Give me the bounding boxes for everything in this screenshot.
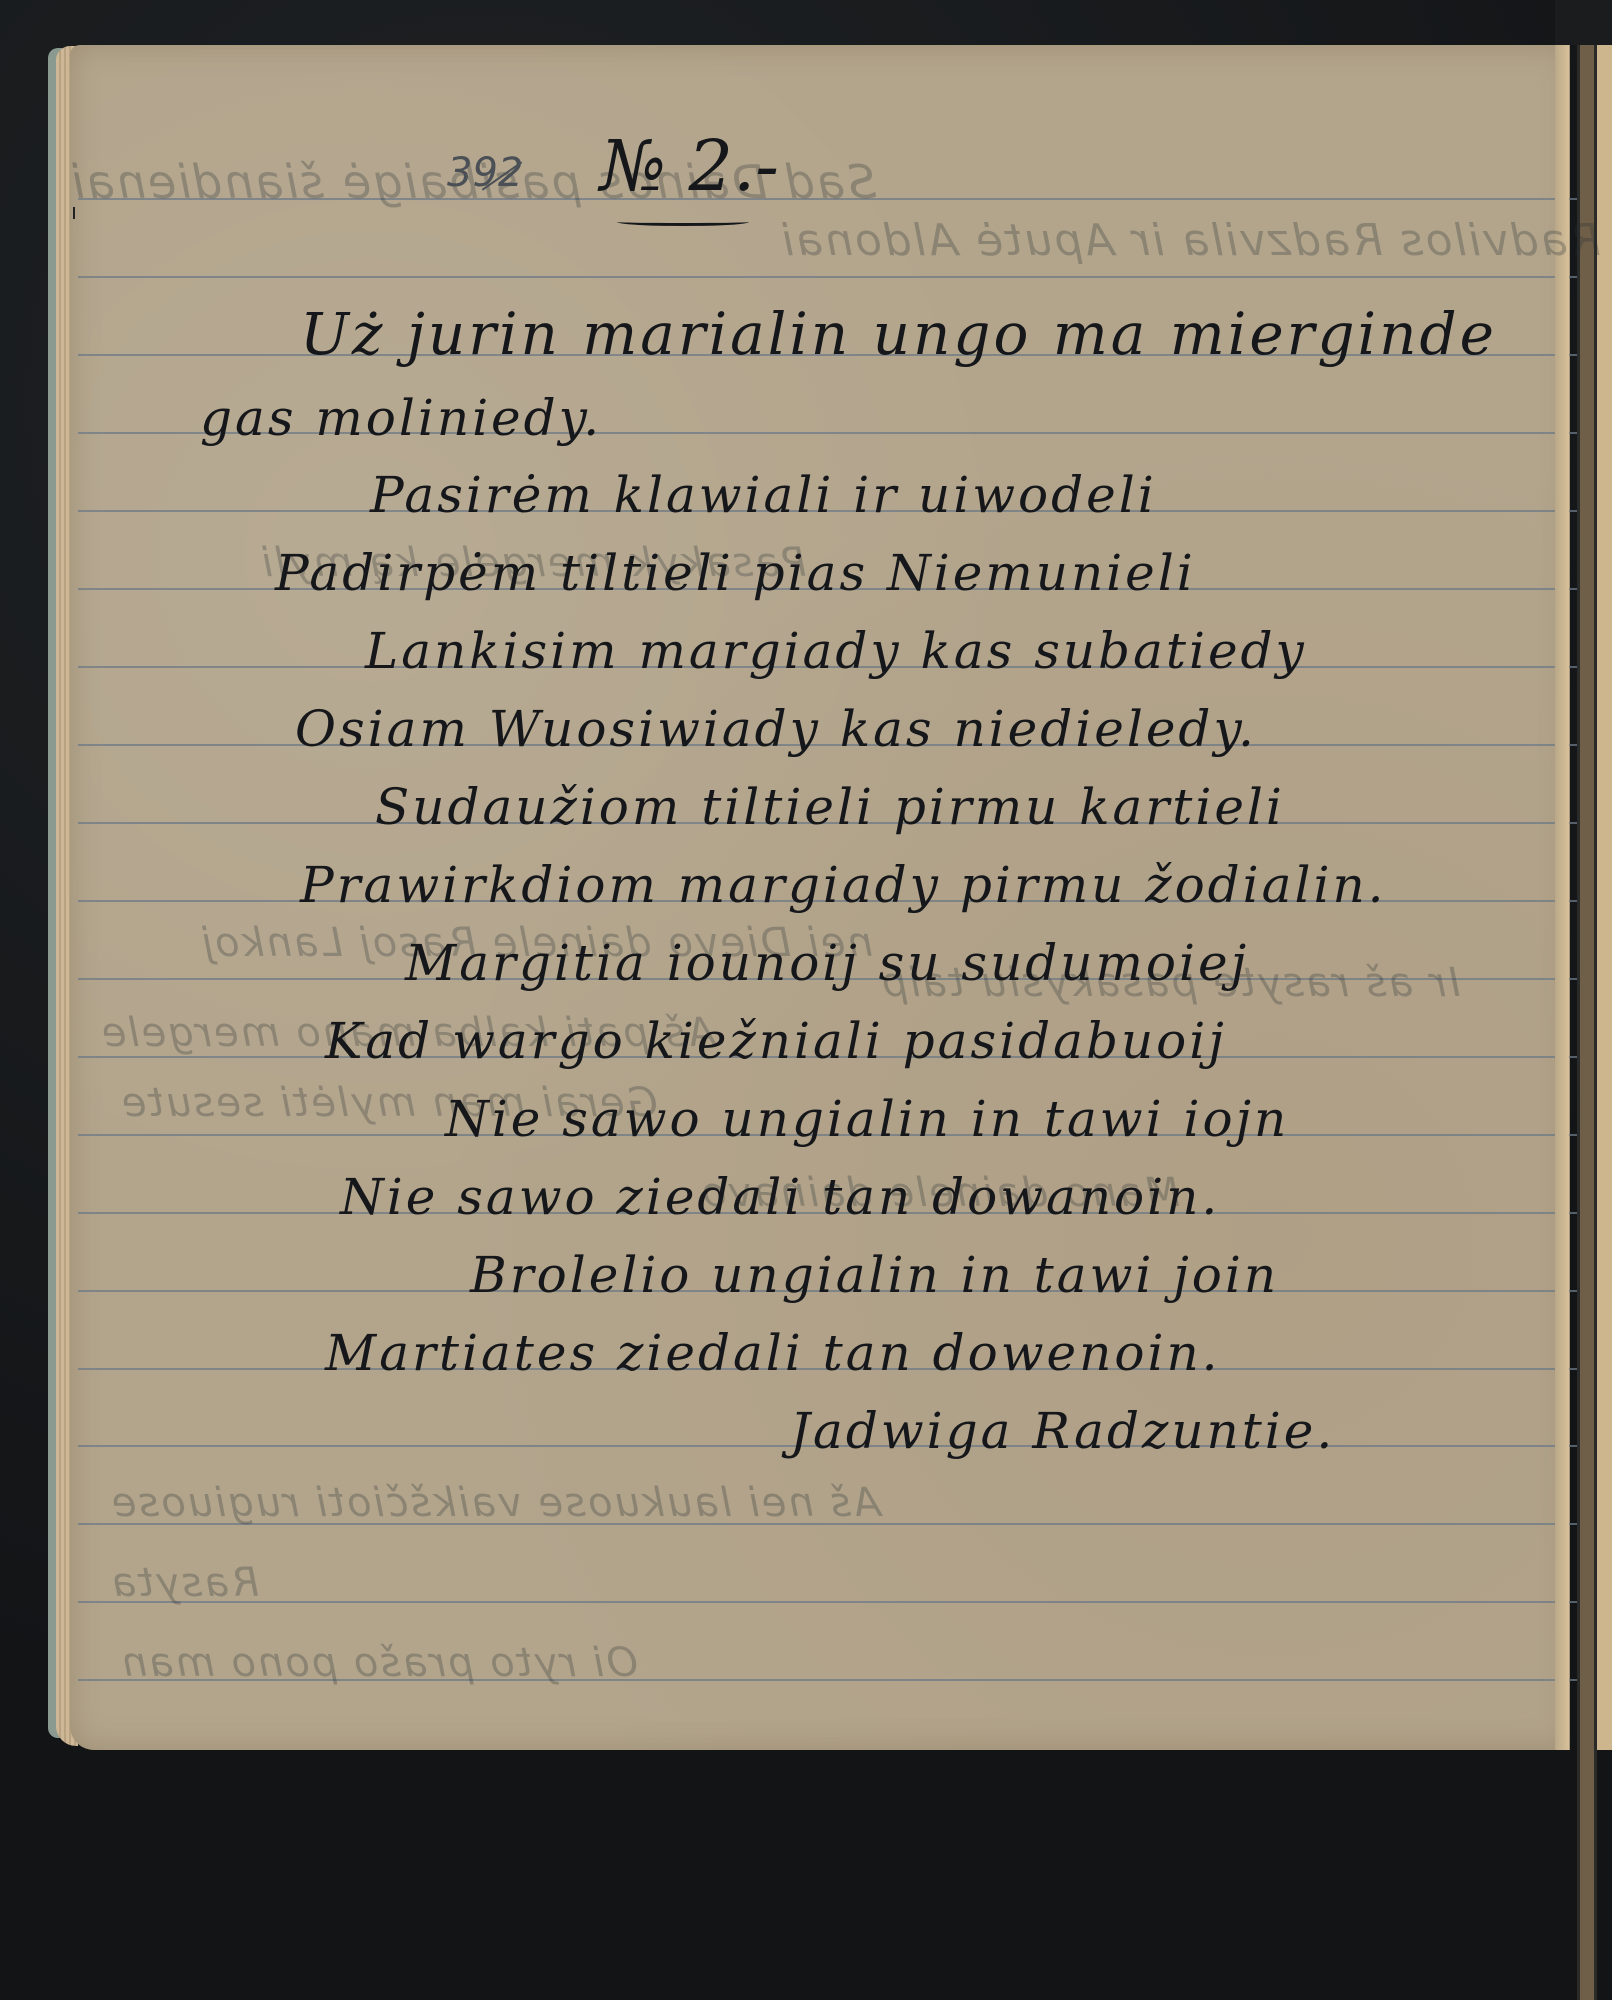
binding-band	[1580, 0, 1594, 2000]
poem-number-heading: № 2.-	[600, 125, 779, 207]
ruled-line	[78, 276, 1583, 278]
bleed-through-text: Radvilos Radzvila ir Aputė Aldonai	[780, 215, 1601, 266]
signature: Jadwiga Radzuntie.	[790, 1406, 1335, 1456]
margin-mark	[73, 207, 75, 219]
poem-line: Margitia iounoij su sudumoiej	[405, 938, 1249, 988]
poem-line: Uż jurin marialin ungo ma mierginde	[300, 305, 1497, 363]
page-fold	[1555, 45, 1569, 1750]
binding-shadow	[1555, 0, 1612, 45]
bleed-through-text: Oi ryto prašo pono man	[120, 1640, 638, 1686]
pencil-page-number: 392	[447, 150, 523, 196]
poem-line: Padirpėm tiltieli pias Niemunieli	[275, 548, 1196, 598]
poem-line: gas moliniedy.	[200, 393, 602, 443]
poem-line: Brolelio ungialin in tawi join	[470, 1250, 1279, 1300]
bleed-through-text: Aš nei laukuose vaikščioti rugiuose	[110, 1480, 881, 1526]
poem-line: Pasirėm klawiali ir uiwodeli	[370, 470, 1157, 520]
poem-line: Kad wargo kiežniali pasidabuoij	[325, 1016, 1227, 1066]
facing-page-edge	[1597, 45, 1612, 1750]
poem-line: Lankisim margiady kas subatiedy	[365, 626, 1307, 676]
poem-line: Nie sawo ziedali tan dowanoin.	[340, 1172, 1220, 1222]
ruled-line	[78, 1601, 1583, 1603]
heading-underline	[617, 218, 749, 226]
poem-line: Prawirkdiom margiady pirmu žodialin.	[300, 860, 1387, 910]
poem-line: Osiam Wuosiwiady kas niedieledy.	[295, 704, 1257, 754]
poem-line: Sudaužiom tiltieli pirmu kartieli	[375, 782, 1285, 832]
poem-line: Martiates ziedali tan dowenoin.	[325, 1328, 1221, 1378]
bleed-through-text: Rasyta	[110, 1560, 259, 1606]
poem-line: Nie sawo ungialin in tawi iojn	[445, 1094, 1289, 1144]
